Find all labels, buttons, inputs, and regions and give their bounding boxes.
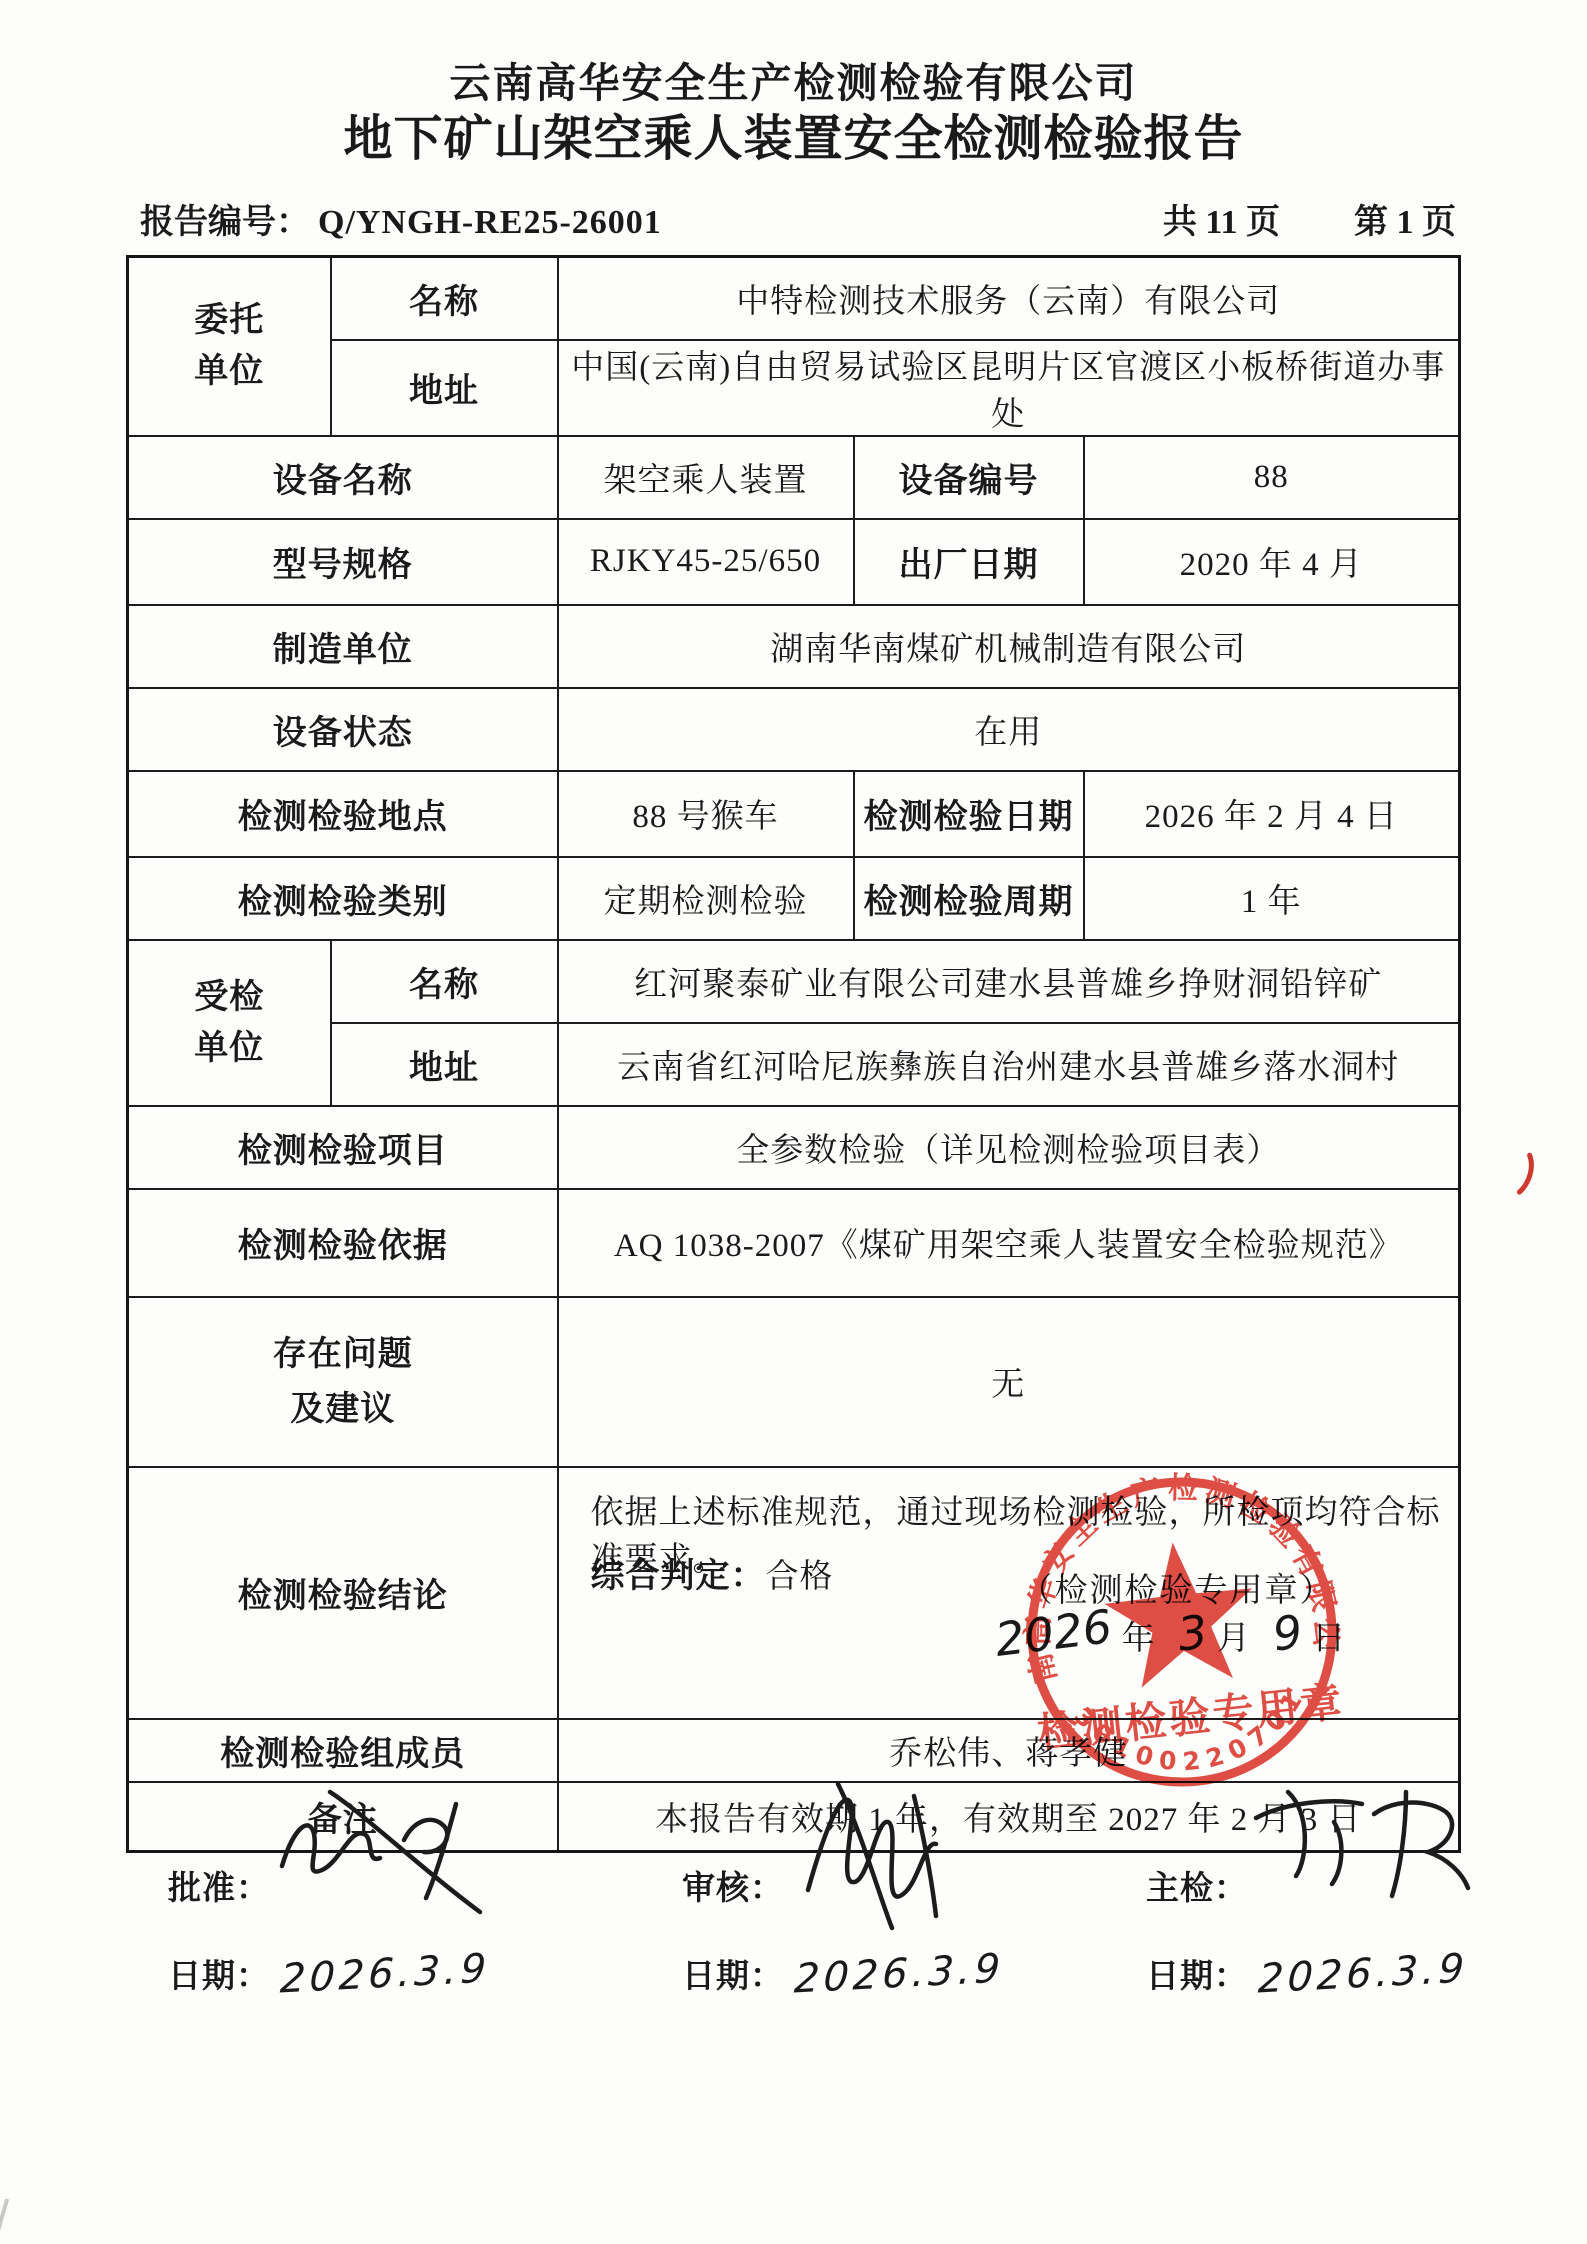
row-conclusion: 检测检验结论 依据上述标准规范，通过现场检测检验，所检项均符合标准要求。 综合判… [128, 1467, 1460, 1719]
pages-total: 共 11 页 [1163, 194, 1280, 243]
review-signature-block: 审核： 日期：2026.3.9 [682, 1862, 1152, 1997]
seal-date-year-handwritten: 2026 [992, 1599, 1115, 1667]
cell-basis: AQ 1038-2007《煤矿用架空乘人装置安全检验规范》 [558, 1189, 1460, 1297]
report-no-value: Q/YNGH-RE25-26001 [318, 204, 662, 242]
cell-maker: 湖南华南煤矿机械制造有限公司 [558, 605, 1460, 688]
cell-inspected-group: 受检单位 [128, 940, 331, 1106]
seal-date-year-unit: 年 [1122, 1621, 1156, 1657]
chief-signature-block: 主检： 日期：2026.3.9 [1146, 1862, 1587, 1997]
inspected-name-label: 名称 [409, 966, 479, 1004]
model-label: 型号规格 [273, 546, 413, 584]
entrust-addr-label: 地址 [409, 372, 479, 410]
entrust-name-value: 中特检测技术服务（云南）有限公司 [736, 284, 1280, 320]
cell-inspected-name: 红河聚泰矿业有限公司建水县普雄乡挣财洞铅锌矿 [558, 940, 1460, 1023]
site-label: 检测检验地点 [238, 798, 448, 836]
cell-entrust-name: 中特检测技术服务（云南）有限公司 [558, 257, 1460, 340]
cell-site: 88 号猴车 [558, 771, 854, 857]
report-table: 委托单位 名称 中特检测技术服务（云南）有限公司 地址 中国(云南)自由贸易试验… [126, 255, 1461, 1853]
cell-problems: 无 [558, 1297, 1460, 1467]
report-info-line: 报告编号：Q/YNGH-RE25-26001 共 11 页 第 1 页 [140, 194, 1456, 243]
cell-items-label: 检测检验项目 [128, 1106, 558, 1189]
cell-inspected-addr: 云南省红河哈尼族彝族自治州建水县普雄乡落水洞村 [558, 1023, 1460, 1106]
seal-date-month-handwritten: 3 [1174, 1604, 1210, 1661]
seal-date-day-unit: 日 [1312, 1621, 1346, 1657]
row-site: 检测检验地点 88 号猴车 检测检验日期 2026 年 2 月 4 日 [128, 771, 1460, 857]
inspected-group-label: 受检单位 [190, 972, 268, 1074]
cell-model: RJKY45-25/650 [558, 519, 854, 605]
type-label: 检测检验类别 [238, 883, 448, 921]
cell-device-name-label: 设备名称 [128, 436, 558, 519]
cycle-label: 检测检验周期 [864, 883, 1074, 921]
site-value: 88 号猴车 [632, 799, 778, 835]
chief-signature [1246, 1770, 1486, 1910]
seal-date-line: 2026年3月9日 [995, 1606, 1369, 1660]
entrust-group-label: 委托单位 [190, 295, 268, 397]
items-value: 全参数检验（详见检测检验项目表） [736, 1133, 1280, 1169]
mfg-date-label: 出厂日期 [899, 546, 1039, 584]
report-title: 地下矿山架空乘人装置安全检测检验报告 [0, 100, 1587, 170]
entrust-addr-value: 中国(云南)自由贸易试验区昆明片区官渡区小板桥街道办事处 [571, 350, 1445, 433]
red-ink-mark [1513, 1151, 1541, 1198]
mfg-date-value: 2020 年 4 月 [1180, 547, 1363, 583]
team-label: 检测检验组成员 [220, 1735, 465, 1773]
cell-cycle: 1 年 [1084, 857, 1460, 940]
entrust-name-label: 名称 [409, 283, 479, 321]
scanned-report-page: 云南高华安全生产检测检验有限公司 地下矿山架空乘人装置安全检测检验报告 报告编号… [0, 0, 1587, 2244]
cell-device-no-label: 设备编号 [854, 436, 1084, 519]
team-value: 乔松伟、蒋孝健 [889, 1736, 1127, 1772]
cell-device-name: 架空乘人装置 [558, 436, 854, 519]
row-basis: 检测检验依据 AQ 1038-2007《煤矿用架空乘人装置安全检验规范》 [128, 1189, 1460, 1297]
device-no-label: 设备编号 [899, 462, 1039, 500]
device-no-value: 88 [1254, 459, 1289, 495]
seal-date-month-unit: 月 [1217, 1621, 1251, 1657]
cell-items: 全参数检验（详见检测检验项目表） [558, 1106, 1460, 1189]
review-date-label: 日期： [682, 1957, 784, 1994]
verdict-label: 综合判定： [591, 1557, 766, 1595]
review-date-row: 日期：2026.3.9 [682, 1950, 1152, 1997]
device-name-label: 设备名称 [273, 462, 413, 500]
cell-entrust-addr-label: 地址 [331, 340, 558, 436]
review-date-handwritten: 2026.3.9 [793, 1945, 1005, 2002]
row-items: 检测检验项目 全参数检验（详见检测检验项目表） [128, 1106, 1460, 1189]
approve-date-handwritten: 2026.3.9 [279, 1945, 491, 2002]
approve-signature-block: 批准： 日期：2026.3.9 [168, 1862, 638, 1997]
cell-device-no: 88 [1084, 436, 1460, 519]
row-entrust-name: 委托单位 名称 中特检测技术服务（云南）有限公司 [128, 257, 1460, 340]
problems-value: 无 [991, 1367, 1025, 1403]
inspected-addr-value: 云南省红河哈尼族彝族自治州建水县普雄乡落水洞村 [617, 1050, 1399, 1086]
cell-entrust-group: 委托单位 [128, 257, 331, 436]
page-current: 第 1 页 [1354, 194, 1456, 243]
chief-label: 主检： [1146, 1869, 1248, 1906]
maker-value: 湖南华南煤矿机械制造有限公司 [770, 632, 1246, 668]
type-value: 定期检测检验 [604, 884, 808, 920]
cell-date-label: 检测检验日期 [854, 771, 1084, 857]
cell-maker-label: 制造单位 [128, 605, 558, 688]
approve-signature [268, 1770, 498, 1920]
cell-inspected-name-label: 名称 [331, 940, 558, 1023]
row-status: 设备状态 在用 [128, 688, 1460, 771]
row-type: 检测检验类别 定期检测检验 检测检验周期 1 年 [128, 857, 1460, 940]
status-label: 设备状态 [273, 714, 413, 752]
cell-problems-label: 存在问题及建议 [128, 1297, 558, 1467]
cell-basis-label: 检测检验依据 [128, 1189, 558, 1297]
scan-artifact [0, 2198, 9, 2244]
cell-status: 在用 [558, 688, 1460, 771]
items-label: 检测检验项目 [238, 1132, 448, 1170]
cell-status-label: 设备状态 [128, 688, 558, 771]
basis-label: 检测检验依据 [238, 1227, 448, 1265]
cell-inspected-addr-label: 地址 [331, 1023, 558, 1106]
verdict-value: 合格 [766, 1559, 834, 1595]
row-model: 型号规格 RJKY45-25/650 出厂日期 2020 年 4 月 [128, 519, 1460, 605]
date-label: 检测检验日期 [864, 798, 1074, 836]
chief-row: 主检： [1146, 1862, 1587, 1922]
problems-label: 存在问题及建议 [265, 1327, 421, 1436]
cell-entrust-name-label: 名称 [331, 257, 558, 340]
cell-entrust-addr: 中国(云南)自由贸易试验区昆明片区官渡区小板桥街道办事处 [558, 340, 1460, 436]
inspected-name-value: 红河聚泰矿业有限公司建水县普雄乡挣财洞铅锌矿 [634, 967, 1382, 1003]
review-signature [782, 1770, 982, 1940]
row-maker: 制造单位 湖南华南煤矿机械制造有限公司 [128, 605, 1460, 688]
cell-site-label: 检测检验地点 [128, 771, 558, 857]
approve-row: 批准： [168, 1862, 638, 1922]
chief-date-handwritten: 2026.3.9 [1257, 1945, 1469, 2002]
cell-conclusion: 依据上述标准规范，通过现场检测检验，所检项均符合标准要求。 综合判定：合格 （检… [558, 1467, 1460, 1719]
cell-conclusion-label: 检测检验结论 [128, 1467, 558, 1719]
cell-type: 定期检测检验 [558, 857, 854, 940]
inspected-addr-label: 地址 [409, 1049, 479, 1087]
seal-date-day-handwritten: 9 [1270, 1604, 1306, 1661]
cell-date: 2026 年 2 月 4 日 [1084, 771, 1460, 857]
chief-date-row: 日期：2026.3.9 [1146, 1950, 1587, 1997]
device-name-value: 架空乘人装置 [604, 463, 808, 499]
cell-type-label: 检测检验类别 [128, 857, 558, 940]
review-label: 审核： [682, 1869, 784, 1906]
basis-value: AQ 1038-2007《煤矿用架空乘人装置安全检验规范》 [614, 1228, 1403, 1264]
cell-mfg-date-label: 出厂日期 [854, 519, 1084, 605]
report-no-label: 报告编号： [140, 194, 310, 243]
approve-date-label: 日期： [168, 1957, 270, 1994]
conclusion-verdict: 综合判定：合格 [591, 1548, 834, 1597]
cycle-value: 1 年 [1241, 884, 1302, 920]
cell-mfg-date: 2020 年 4 月 [1084, 519, 1460, 605]
cell-cycle-label: 检测检验周期 [854, 857, 1084, 940]
row-problems: 存在问题及建议 无 [128, 1297, 1460, 1467]
review-row: 审核： [682, 1862, 1152, 1922]
chief-date-label: 日期： [1146, 1957, 1248, 1994]
approve-date-row: 日期：2026.3.9 [168, 1950, 638, 1997]
status-value: 在用 [974, 715, 1042, 751]
approve-label: 批准： [168, 1869, 270, 1906]
row-device: 设备名称 架空乘人装置 设备编号 88 [128, 436, 1460, 519]
row-inspected-name: 受检单位 名称 红河聚泰矿业有限公司建水县普雄乡挣财洞铅锌矿 [128, 940, 1460, 1023]
model-value: RJKY45-25/650 [590, 543, 821, 579]
maker-label: 制造单位 [273, 631, 413, 669]
date-value: 2026 年 2 月 4 日 [1145, 799, 1398, 835]
cell-model-label: 型号规格 [128, 519, 558, 605]
conclusion-label: 检测检验结论 [238, 1577, 448, 1615]
conclusion-content: 依据上述标准规范，通过现场检测检验，所检项均符合标准要求。 综合判定：合格 （检… [565, 1468, 1453, 1718]
